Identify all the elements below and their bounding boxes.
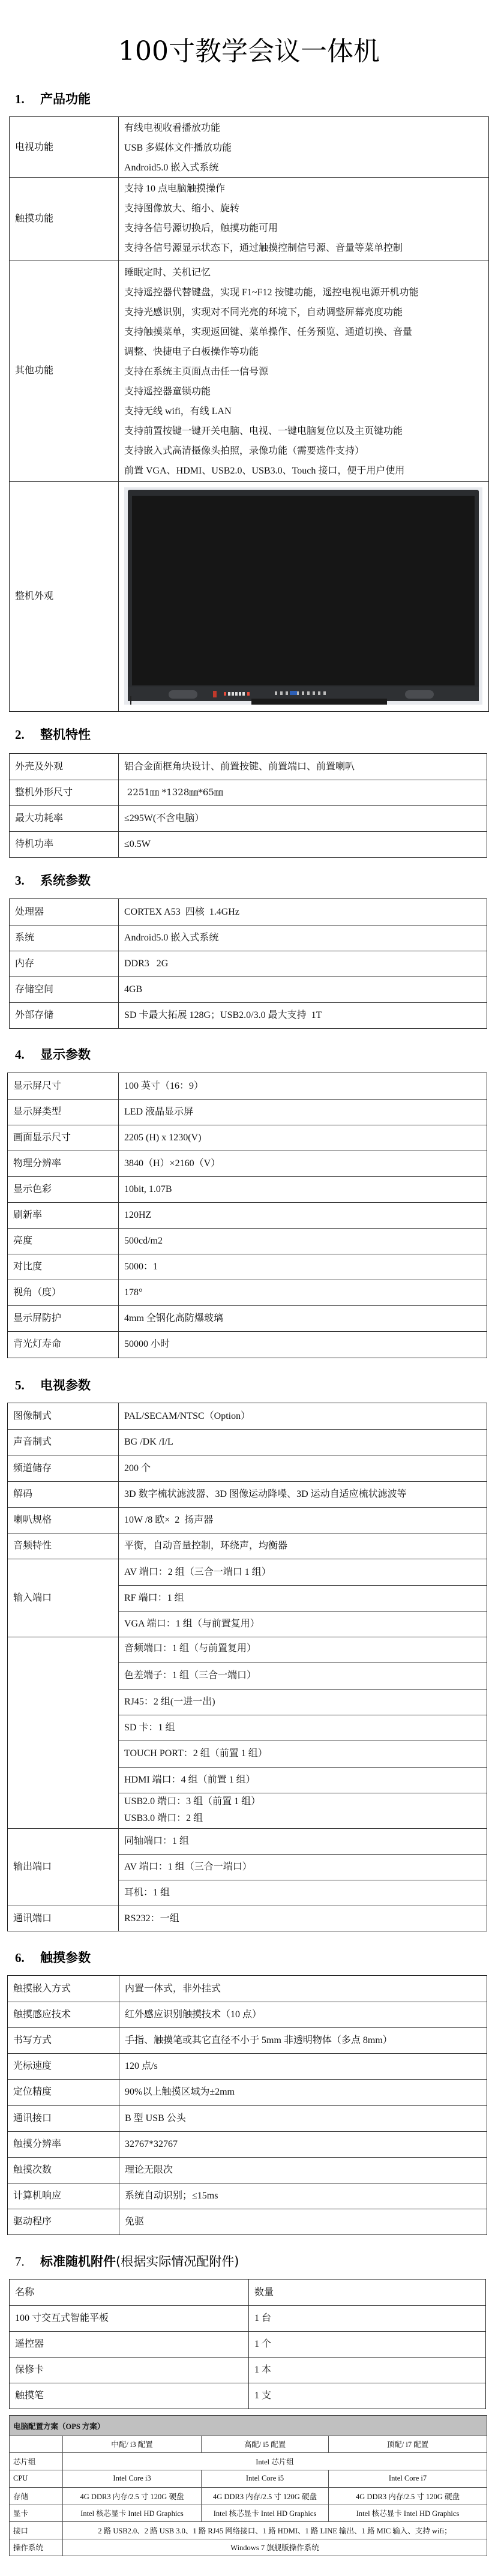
port-value: HDMI 端口：4 组（前置 1 组） (119, 1770, 256, 1790)
touch-functions-list: 支持 10 点电脑触摸操作 支持图像放大、缩小、旋转 支持各信号源切换后，触摸功… (119, 179, 488, 258)
button-icon (232, 692, 234, 696)
spec-value: 平衡，自动音量控制，环绕声，均衡器 (119, 1536, 287, 1556)
feature-item: 支持各信号源切换后，触摸功能可用 (124, 218, 488, 238)
spec-value: LED 液晶显示屏 (119, 1102, 193, 1122)
feature-item: USB 多媒体文件播放功能 (124, 138, 488, 158)
spec-value: 铝合金面框角块设计、前置按键、前置端口、前置喇叭 (119, 757, 355, 777)
feature-item: 支持无线 wifi，有线 LAN (124, 402, 488, 421)
spec-value: 178° (119, 1283, 142, 1302)
accessory-qty: 1 本 (249, 2360, 271, 2380)
document-title: 100寸教学会议一体机 (0, 36, 498, 67)
ops-row-label: 存储 (10, 2487, 28, 2505)
spec-value: B 型 USB 公头 (119, 2108, 186, 2128)
spec-value: SD 卡最大拓展 128G；USB2.0/3.0 最大支持 1T (119, 1005, 322, 1025)
ops-value: Intel Core i3 (63, 2470, 201, 2487)
front-ports-icon (275, 691, 329, 695)
ops-title: 电脑配置方案（OPS 方案） (10, 2416, 104, 2436)
spec-value: 4GB (119, 980, 142, 999)
spec-label: 整机外形尺寸 (10, 783, 73, 802)
ops-value: 4G DDR3 内存/2.5 寸 120G 硬盘 (329, 2487, 487, 2505)
spec-label: 触摸分辨率 (8, 2134, 61, 2154)
spec-value: ≤0.5W (119, 834, 151, 854)
ops-value: 4G DDR3 内存/2.5 寸 120G 硬盘 (202, 2487, 328, 2505)
feature-item: 支持遥控器代替键盘，实现 F1~F12 按键功能，遥控电视电源开机功能 (124, 283, 488, 302)
spec-label: 外壳及外观 (10, 757, 63, 777)
feature-item: 支持各信号源显示状态下，通过触摸控制信号源、音量等菜单控制 (124, 238, 488, 258)
spec-value: 500cd/m2 (119, 1231, 163, 1251)
spec-value: 手指、触摸笔或其它直径不小于 5mm 非透明物体（多点 8mm） (119, 2030, 392, 2050)
section-subtitle: (根据实际情况配附件) (116, 2254, 239, 2269)
button-icon (228, 692, 230, 696)
spec-value: RS232：一组 (119, 1909, 179, 1928)
spec-label: 待机功率 (10, 834, 53, 854)
section-title: 电视参数 (40, 1378, 91, 1392)
ops-row-label: 操作系统 (10, 2539, 43, 2556)
spec-label: 喇叭规格 (8, 1510, 52, 1530)
accessory-qty: 1 台 (249, 2308, 271, 2328)
spec-label: 存储空间 (10, 980, 53, 999)
section-title: 触摸参数 (40, 1951, 91, 1965)
ops-column-header: 中配/ i3 配置 (63, 2436, 201, 2452)
spec-value: 50000 小时 (119, 1334, 170, 1354)
tv-stand (251, 699, 387, 705)
spec-value: 理论无限次 (119, 2160, 173, 2180)
feature-item: 支持遥控器童锁功能 (124, 382, 488, 402)
ops-value: 2 路 USB2.0、2 路 USB 3.0、1 路 RJ45 网络接口、1 路… (63, 2521, 487, 2539)
spec-label: 触摸嵌入方式 (8, 1979, 71, 1999)
port-value: 耳机：1 组 (119, 1883, 170, 1903)
port-value: 同轴端口：1 组 (119, 1831, 189, 1851)
row-label-tv-functions: 电视功能 (10, 117, 118, 177)
button-icon (242, 692, 245, 696)
spec-label: 解码 (8, 1484, 32, 1504)
spec-value: 免驱 (119, 2212, 144, 2231)
spec-label: 刷新率 (8, 1205, 42, 1225)
spec-label: 定位精度 (8, 2082, 52, 2102)
cable-icon (130, 696, 131, 705)
feature-item: 支持触摸菜单，实现返回键、菜单操作、任务预览、通道切换、音量 (124, 322, 488, 342)
feature-item: 支持 10 点电脑触摸操作 (124, 179, 488, 199)
spec-label: 触摸感应技术 (8, 2005, 71, 2024)
section-heading-touch-params: 6.触摸参数 (15, 1949, 91, 1966)
port-value: VGA 端口：1 组（与前置复用） (119, 1614, 260, 1634)
port-value: 音频端口：1 组（与前置复用） (119, 1639, 256, 1658)
tv-functions-list: 有线电视收看播放功能 USB 多媒体文件播放功能 Android5.0 嵌入式系… (119, 118, 488, 178)
spec-value: 3D 数字梳状滤波器、3D 图像运动降噪、3D 运动自适应梳状滤波等 (119, 1484, 407, 1504)
spec-label: 计算机响应 (8, 2186, 61, 2206)
accessory-name: 遥控器 (10, 2334, 44, 2354)
spec-label: 背光灯寿命 (8, 1334, 61, 1354)
ops-value: Intel 核芯显卡 Intel HD Graphics (63, 2505, 201, 2521)
spec-label: 画面显示尺寸 (8, 1128, 71, 1148)
ops-column-header: 顶配/ i7 配置 (329, 2436, 487, 2452)
section-title: 系统参数 (40, 873, 91, 888)
spec-label: 声音制式 (8, 1432, 52, 1452)
ops-value: Intel Core i5 (202, 2470, 328, 2487)
feature-item: 支持前置按键一键开关电脑、电视、一键电脑复位以及主页键功能 (124, 421, 488, 441)
ops-row-label: CPU (10, 2470, 28, 2487)
column-header-qty: 数量 (249, 2283, 274, 2302)
ops-value: Intel 核芯显卡 Intel HD Graphics (202, 2505, 328, 2521)
spec-label: 驱动程序 (8, 2212, 52, 2231)
spec-label: 音频特性 (8, 1536, 52, 1556)
ops-row-label: 显卡 (10, 2505, 28, 2521)
button-icon (224, 692, 226, 696)
feature-item: Android5.0 嵌入式系统 (124, 158, 488, 178)
port-value: 色差端子：1 组（三合一端口） (119, 1666, 256, 1685)
row-label-other-functions: 其他功能 (10, 260, 118, 481)
feature-item: 调整、快捷电子白板操作等功能 (124, 342, 488, 362)
spec-label: 书写方式 (8, 2030, 52, 2050)
section-number: 7. (15, 2253, 40, 2270)
feature-item: 支持图像放大、缩小、旋转 (124, 199, 488, 218)
ops-column-header: 高配/ i5 配置 (202, 2436, 328, 2452)
other-functions-list: 睡眠定时、关机记忆 支持遥控器代替键盘，实现 F1~F12 按键功能，遥控电视电… (119, 263, 488, 481)
row-label-appearance: 整机外观 (10, 481, 118, 711)
spec-label: 最大功耗率 (10, 808, 63, 828)
section-heading-system-params: 3.系统参数 (15, 872, 91, 889)
section-number: 4. (15, 1046, 40, 1063)
feature-item: 有线电视收看播放功能 (124, 118, 488, 138)
port-value: SD 卡：1 组 (119, 1718, 175, 1738)
port-value: USB2.0 端口：3 组（前置 1 组） (119, 1793, 260, 1810)
spec-label: 通讯端口 (8, 1909, 52, 1928)
spec-label: 显示屏防护 (8, 1308, 61, 1328)
spec-label: 系统 (10, 928, 34, 948)
section-title: 显示参数 (40, 1047, 91, 1062)
ops-value: 4G DDR3 内存/2.5 寸 120G 硬盘 (63, 2487, 201, 2505)
section-title: 标准随机附件 (40, 2254, 116, 2269)
product-photo (124, 487, 482, 705)
section-heading-accessories: 7.标准随机附件(根据实际情况配附件) (15, 2253, 239, 2270)
row-label-touch-functions: 触摸功能 (10, 177, 118, 260)
spec-value: 4mm 全钢化高防爆玻璃 (119, 1308, 223, 1328)
section-title: 产品功能 (40, 92, 91, 106)
button-icon (247, 692, 250, 696)
port-value: RF 端口：1 组 (119, 1588, 184, 1608)
port-value: AV 端口：2 组（三合一端口 1 组） (119, 1562, 271, 1582)
feature-item: 支持光感识别，实现对不同光亮的环境下，自动调整屏幕亮度功能 (124, 302, 488, 322)
ops-value: Intel 芯片组 (63, 2452, 487, 2470)
spec-label: 亮度 (8, 1231, 32, 1251)
feature-item: 睡眠定时、关机记忆 (124, 263, 488, 283)
column-header-name: 名称 (10, 2283, 34, 2302)
spec-label: 物理分辨率 (8, 1154, 61, 1173)
section-number: 1. (15, 91, 40, 107)
spec-value: BG /DK /I/L (119, 1432, 173, 1452)
spec-value: PAL/SECAM/NTSC（Option） (119, 1406, 250, 1426)
touch-params-table: 触摸嵌入方式 内置一体式，非外挂式 触摸感应技术 红外感应识别触摸技术（10 点… (7, 1975, 487, 2235)
spec-label: 外部存储 (10, 1005, 53, 1025)
spec-label: 通讯接口 (8, 2108, 52, 2128)
spec-value: 2251㎜ *1328㎜*65㎜ (119, 783, 223, 802)
spec-label: 频道储存 (8, 1458, 52, 1478)
accessory-qty: 1 个 (249, 2334, 271, 2354)
spec-label: 显示屏尺寸 (8, 1076, 61, 1096)
spec-value: 120 点/s (119, 2056, 158, 2076)
spec-label: 视角（度） (8, 1283, 61, 1302)
button-icon (235, 692, 238, 696)
spec-label: 光标速度 (8, 2056, 52, 2076)
section-heading-product-features: 1.产品功能 (15, 91, 91, 107)
tv-bezel (128, 490, 479, 694)
feature-item: 支持嵌入式高清摄像头拍照，录像功能（需要选件支持） (124, 441, 488, 461)
ops-config-table: 电脑配置方案（OPS 方案） 中配/ i3 配置 高配/ i5 配置 顶配/ i… (9, 2415, 487, 2556)
section-heading-display-params: 4.显示参数 (15, 1046, 91, 1063)
spec-value: 120HZ (119, 1205, 151, 1225)
feature-item: 前置 VGA、HDMI、USB2.0、USB3.0、Touch 接口，便于用户使… (124, 461, 488, 481)
spec-value: CORTEX A53 四核 1.4GHz (119, 902, 239, 922)
spec-label: 触摸次数 (8, 2160, 52, 2180)
accessory-qty: 1 支 (249, 2386, 271, 2406)
ops-row-label: 芯片组 (10, 2452, 36, 2470)
spec-value: 100 英寸（16：9） (119, 1076, 203, 1096)
spec-label: 处理器 (10, 902, 44, 922)
spec-label: 图像制式 (8, 1406, 52, 1426)
spec-label: 内存 (10, 954, 34, 974)
vga-port-icon (290, 691, 297, 695)
spec-label: 对比度 (8, 1257, 42, 1277)
spec-value: 90%以上触摸区域为±2mm (119, 2082, 235, 2102)
spec-value: 系统自动识别；≤15ms (119, 2186, 218, 2206)
port-value: USB3.0 端口：2 组 (119, 1810, 203, 1827)
feature-item: 支持在系统主页面点击任一信号源 (124, 362, 488, 382)
section-title: 整机特性 (40, 727, 91, 742)
row-label-input-ports: 输入端口 (8, 1559, 118, 1637)
spec-value: ≤295W(不含电脑） (119, 808, 204, 828)
spec-value: Android5.0 嵌入式系统 (119, 928, 218, 948)
section-number: 2. (15, 726, 40, 743)
spec-value: 10bit, 1.07B (119, 1179, 172, 1199)
speaker-grille-icon (405, 690, 434, 699)
section-number: 3. (15, 872, 40, 889)
accessories-table: 名称 数量 100 寸交互式智能平板 1 台 遥控器 1 个 保修卡 1 本 触… (9, 2279, 486, 2409)
spec-label: 显示屏类型 (8, 1102, 61, 1122)
ops-value: Intel 核芯显卡 Intel HD Graphics (329, 2505, 487, 2521)
ops-row-label: 接口 (10, 2521, 28, 2539)
section-number: 5. (15, 1377, 40, 1394)
row-label-output-ports: 输出端口 (8, 1828, 118, 1906)
spec-value: 3840（H）×2160（V） (119, 1154, 220, 1173)
accessory-name: 触摸笔 (10, 2386, 44, 2406)
tv-params-table: 图像制式 PAL/SECAM/NTSC（Option） 声音制式 BG /DK … (7, 1403, 487, 1931)
spec-value: 32767*32767 (119, 2134, 178, 2154)
spec-value: 10W /8 欧× 2 扬声器 (119, 1510, 213, 1530)
accessory-name: 100 寸交互式智能平板 (10, 2308, 109, 2328)
section-number: 6. (15, 1949, 40, 1966)
spec-value: 红外感应识别触摸技术（10 点） (119, 2005, 262, 2024)
ops-value: Intel Core i7 (329, 2470, 487, 2487)
tv-screen (132, 496, 475, 685)
speaker-grille-icon (169, 690, 197, 699)
spec-value: 2205 (H) x 1230(V) (119, 1128, 201, 1148)
ops-value: Windows 7 旗舰版操作系统 (63, 2539, 487, 2556)
port-value: RJ45：2 组(一进一出) (119, 1692, 215, 1712)
spec-value: 200 个 (119, 1458, 151, 1478)
section-heading-tv-params: 5.电视参数 (15, 1377, 91, 1394)
port-value: AV 端口：1 组（三合一端口） (119, 1857, 252, 1877)
spec-value: 5000：1 (119, 1257, 158, 1277)
accessory-name: 保修卡 (10, 2360, 44, 2380)
button-icon (239, 692, 241, 696)
port-value: TOUCH PORT：2 组（前置 1 组） (119, 1744, 268, 1763)
machine-features-table: 外壳及外观 铝合金面框角块设计、前置按键、前置端口、前置喇叭 整机外形尺寸 22… (9, 753, 487, 858)
power-switch-icon (213, 691, 217, 697)
system-params-table: 处理器 CORTEX A53 四核 1.4GHz 系统 Android5.0 嵌… (9, 898, 487, 1029)
spec-label: 显示色彩 (8, 1179, 52, 1199)
spec-value: DDR3 2G (119, 954, 168, 974)
section-heading-machine-features: 2.整机特性 (15, 726, 91, 743)
spec-value: 内置一体式，非外挂式 (119, 1979, 221, 1999)
display-params-table: 显示屏尺寸 100 英寸（16：9） 显示屏类型 LED 液晶显示屏 画面显示尺… (7, 1073, 487, 1358)
